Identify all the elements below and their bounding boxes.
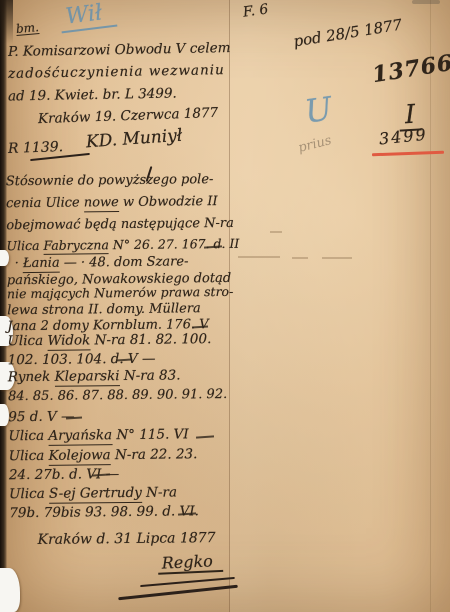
underlined-street-name: Łania [23, 256, 60, 273]
underlined-street-name: Aryańska [48, 427, 112, 446]
file-mark: F. 6 [242, 2, 269, 19]
body-line: 84. 85. 86. 87. 88. 89. 90. 91. 92. [8, 388, 227, 403]
underlined-street-name: Fabryczna [43, 237, 109, 255]
body-line: Ulica Widok N-ra 81. 82. 100. [7, 333, 211, 349]
underlined-street-name: Widok [47, 332, 90, 350]
underlined-street-name: Kolejowa [49, 447, 111, 466]
body-line: cenia Ulice nowe w Obwodzie II [6, 195, 218, 210]
body-line: 102. 103. 104. d. V — [8, 353, 156, 368]
body-line: Stósownie do powyższego pole- [6, 173, 214, 188]
clerk-signature: KD. Muniył [86, 128, 183, 152]
body-line-pre: Rynek [8, 369, 55, 385]
body-line: 79b. 79bis 93. 98. 99. d. VI. [9, 505, 199, 520]
body-line: nie mających Numerów prawa stro- [7, 286, 233, 301]
underlined-street-name: Kleparski [55, 368, 120, 387]
body-line: 95 d. V — [8, 411, 74, 425]
underlined-street-name: S-ej Gertrudy [49, 485, 142, 504]
paper-fold-light-half [230, 0, 450, 612]
body-line-post: N-ra 81. 82. 100. [90, 331, 211, 348]
underlined-word: nowe [84, 195, 119, 212]
body-line: lewa strona II. domy. Müllera [7, 302, 201, 317]
bleedthrough-dash [292, 257, 308, 259]
paper-right-crease [430, 0, 431, 612]
header-line-2: zadośćuczynienia wezwaniu [8, 64, 225, 81]
header-line-3: ad 19. Kwiet. br. L 3499. [8, 88, 177, 104]
corner-initials-note: bm. [15, 21, 39, 36]
body-line-pre: Ulica [8, 428, 48, 444]
body-line-pre: Ulica [9, 486, 49, 502]
blue-crayon-letter: U [303, 92, 334, 127]
body-line-post: N-ra 83. [119, 367, 180, 384]
register-number: R 1139. [8, 140, 64, 156]
blue-pencil-signature: Wił [59, 1, 118, 34]
body-line: obejmować będą następujące N-ra [6, 217, 234, 232]
body-line-pre: cenia Ulice [6, 195, 84, 211]
body-closing-date: Kraków d. 31 Lipca 1877 [38, 531, 216, 547]
scanned-document-page: bm. Wił F. 6 pod 28/5 1877 13766 U I pri… [0, 0, 450, 612]
body-line: · Łania — · 48. dom Szare- [15, 255, 189, 270]
body-line-post: N° 26. 27. 167. d. II [109, 236, 240, 252]
header-date-line: Kraków 19. Czerwca 1877 [38, 107, 219, 127]
bleedthrough-dash [270, 231, 282, 233]
body-line-pre: Ulica [9, 448, 49, 464]
paper-corner-smudge [0, 0, 13, 44]
body-line-post: N° 115. VI [112, 426, 189, 443]
bottom-signature: Regko [157, 553, 223, 575]
bleedthrough-dash [322, 257, 352, 259]
body-line-post: N-ra 22. 23. [111, 446, 198, 463]
body-text-block: Stósownie do powyższego pole- cenia Ulic… [4, 173, 248, 605]
body-line-post: — · 48. dom Szare- [60, 254, 189, 270]
body-line-pre: Ulica [7, 333, 47, 349]
body-line: Ulica Fabryczna N° 26. 27. 167. d. II [6, 238, 239, 253]
header-line-1: P. Komisarzowi Obwodu V celem [8, 42, 231, 59]
body-line: Ulica Kolejowa N-ra 22. 23. [9, 448, 198, 463]
paper-top-right-mark [412, 0, 440, 4]
body-line: 24. 27b. d. VI — [9, 468, 119, 483]
body-line: Ulica Aryańska N° 115. VI [8, 428, 188, 443]
body-line: Rynek Kleparski N-ra 83. [8, 369, 181, 384]
body-line-post: N-ra [142, 484, 177, 500]
body-line-pre: Ulica [6, 238, 43, 253]
body-line: Ulica S-ej Gertrudy N-ra [9, 486, 177, 501]
body-line-post: w Obwodzie II [119, 194, 218, 210]
